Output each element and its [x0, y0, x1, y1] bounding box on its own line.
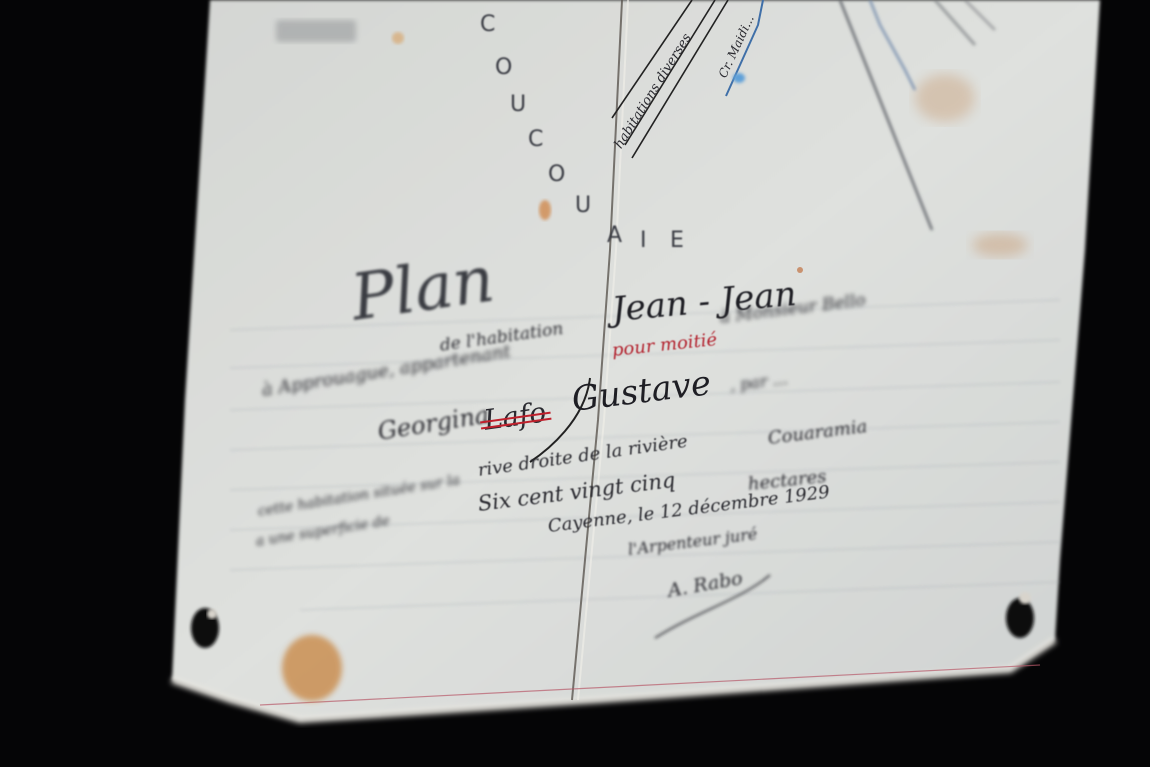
river-letter: I	[640, 228, 647, 253]
river-letter: O	[548, 162, 565, 187]
document-photo: C O U C O U A I E habitations diverses C…	[0, 0, 1150, 767]
river-letter: O	[495, 55, 512, 80]
blue-mark	[733, 73, 745, 83]
river-letter: C	[480, 12, 495, 37]
river-letter: U	[575, 193, 591, 218]
grommet-left	[191, 608, 219, 648]
river-letter: A	[607, 223, 622, 248]
river-letter: E	[670, 228, 684, 253]
river-letter: C	[528, 127, 543, 152]
river-letter: U	[510, 92, 526, 117]
